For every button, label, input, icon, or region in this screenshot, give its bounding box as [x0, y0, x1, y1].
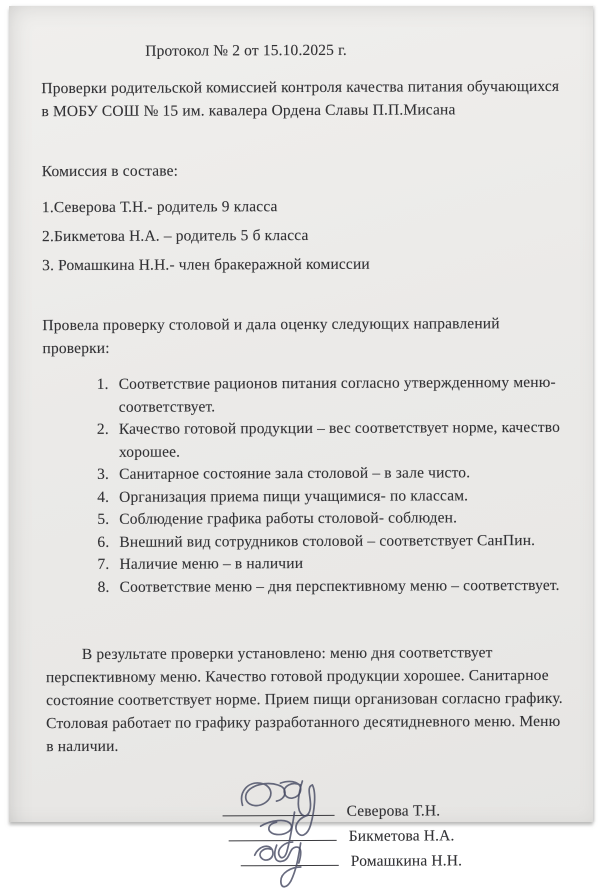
inspection-item: Соблюдение графика работы столовой- собл…	[113, 507, 563, 531]
conclusion-paragraph: В результате проверки установлено: меню …	[46, 641, 566, 758]
document-subtitle: Проверки родительской комиссией контроля…	[41, 75, 567, 123]
commission-heading: Комиссия в составе:	[42, 161, 570, 181]
inspection-item: Внешний вид сотрудников столовой – соотв…	[113, 529, 563, 553]
signature-line	[222, 801, 334, 816]
commission-member: 2.Бикметова Н.А. – родитель 5 б класса	[42, 220, 570, 251]
signature-name: Северова Т.Н.	[347, 802, 441, 820]
inspection-item: Санитарное состояние зала столовой – в з…	[113, 462, 563, 486]
signature-line	[229, 826, 337, 840]
inspection-item: Соответствие меню – дня перспективному м…	[114, 574, 564, 598]
signature-row: Северова Т.Н.	[222, 800, 572, 827]
signature-block: Северова Т.Н. Бикметова Н.А.	[222, 800, 572, 840]
commission-members-list: 1.Северова Т.Н.- родитель 9 класса 2.Бик…	[42, 191, 570, 280]
scanned-paper: Протокол № 2 от 15.10.2025 г. Проверки р…	[9, 6, 593, 822]
signature-name: Бикметова Н.А.	[349, 827, 455, 840]
inspection-item: Организация приема пищи учащимися- по кл…	[113, 484, 563, 508]
signature-row: Бикметова Н.А.	[223, 825, 573, 840]
inspection-intro: Провела проверку столовой и дала оценку …	[42, 312, 542, 360]
inspection-item: Наличие меню – в наличии	[113, 552, 563, 576]
commission-member: 1.Северова Т.Н.- родитель 9 класса	[42, 191, 570, 222]
document-title: Протокол № 2 от 15.10.2025 г.	[145, 41, 569, 61]
inspection-items-list: Соответствие рационов питания согласно у…	[43, 372, 564, 599]
commission-member: 3. Ромашкина Н.Н.- член бракеражной коми…	[42, 249, 570, 280]
inspection-item: Качество готовой продукции – вес соответ…	[113, 417, 563, 464]
document-content: Протокол № 2 от 15.10.2025 г. Проверки р…	[41, 41, 573, 840]
inspection-item: Соответствие рационов питания согласно у…	[113, 372, 563, 419]
